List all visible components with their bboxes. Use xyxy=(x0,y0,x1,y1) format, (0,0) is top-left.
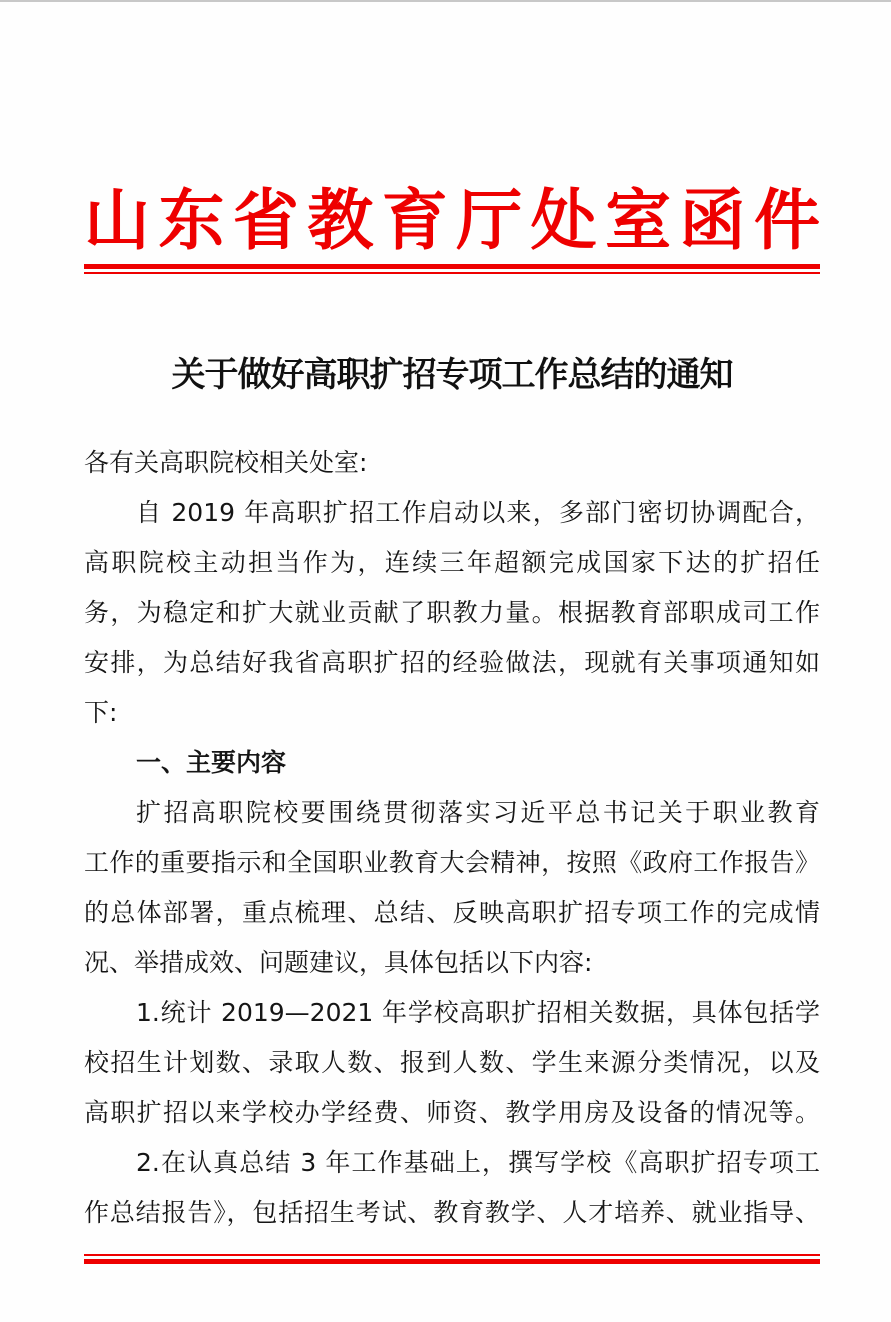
masthead-thin-rule xyxy=(84,272,820,274)
paragraph-line: 的总体部署，重点梳理、总结、反映高职扩招专项工作的完成情 xyxy=(84,888,820,938)
list-item-line: 高职扩招以来学校办学经费、师资、教学用房及设备的情况等。 xyxy=(84,1088,820,1138)
paragraph-line: 扩招高职院校要围绕贯彻落实习近平总书记关于职业教育 xyxy=(136,788,820,838)
paragraph-line: 况、举措成效、问题建议，具体包括以下内容: xyxy=(84,938,820,988)
salutation: 各有关高职院校相关处室: xyxy=(84,438,820,488)
page-top-border xyxy=(0,0,891,2)
masthead-thick-rule xyxy=(84,264,820,269)
paragraph-line: 高职院校主动担当作为，连续三年超额完成国家下达的扩招任 xyxy=(84,538,820,588)
list-item-line: 校招生计划数、录取人数、报到人数、学生来源分类情况，以及 xyxy=(84,1038,820,1088)
document-title: 关于做好高职扩招专项工作总结的通知 xyxy=(84,350,820,400)
list-item-line: 2.在认真总结 3 年工作基础上，撰写学校《高职扩招专项工 xyxy=(136,1138,820,1188)
list-item-line: 作总结报告》，包括招生考试、教育教学、人才培养、就业指导、 xyxy=(84,1188,820,1238)
footer-thick-rule xyxy=(84,1259,820,1264)
paragraph-line: 下: xyxy=(84,688,820,738)
list-item-line: 1.统计 2019—2021 年学校高职扩招相关数据，具体包括学 xyxy=(136,988,820,1038)
paragraph-line: 工作的重要指示和全国职业教育大会精神，按照《政府工作报告》 xyxy=(84,838,820,888)
paragraph-line: 自 2019 年高职扩招工作启动以来，多部门密切协调配合， xyxy=(136,488,820,538)
paragraph-line: 安排，为总结好我省高职扩招的经验做法，现就有关事项通知如 xyxy=(84,638,820,688)
section-heading: 一、主要内容 xyxy=(136,738,820,788)
footer-thin-rule xyxy=(84,1254,820,1256)
masthead-title: 山东省教育厅处室函件 xyxy=(84,180,820,260)
paragraph-line: 务，为稳定和扩大就业贡献了职教力量。根据教育部职成司工作 xyxy=(84,588,820,638)
